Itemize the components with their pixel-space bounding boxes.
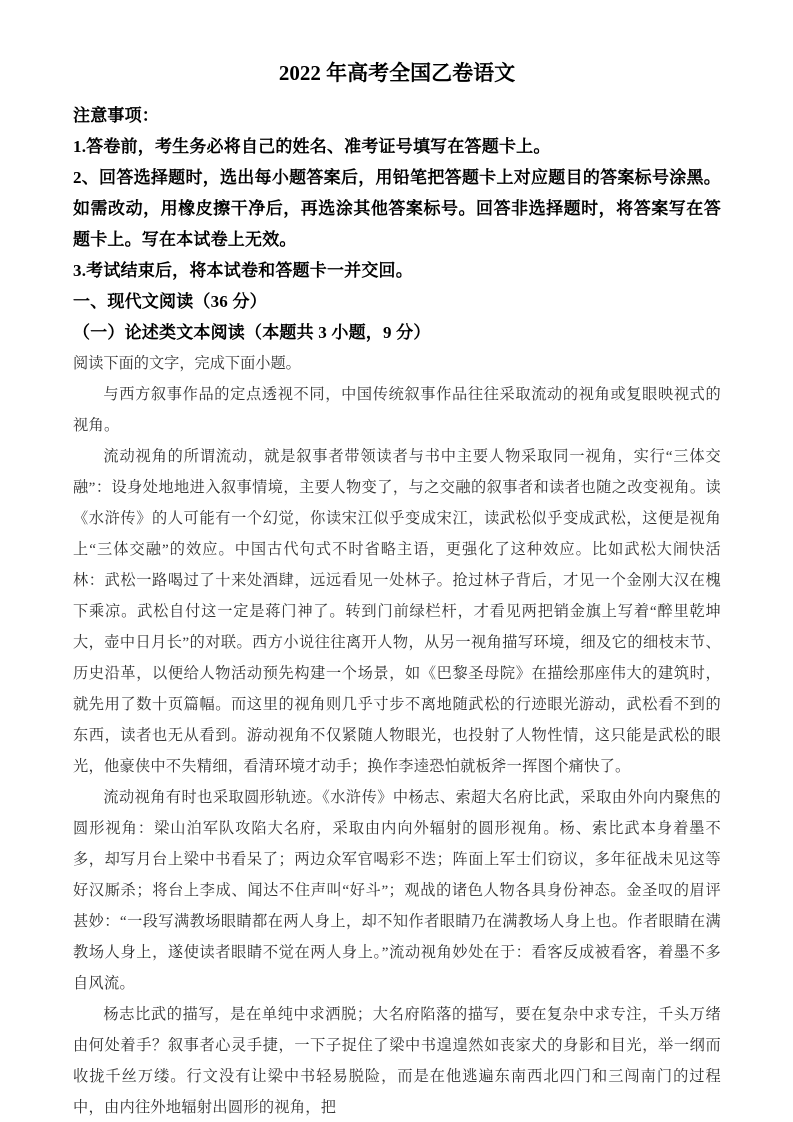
passage-paragraph: 流动视角的所谓流动，就是叙事者带领读者与书中主要人物采取同一视角，实行“三体交融… <box>73 441 721 782</box>
passage-instruction: 阅读下面的文字，完成下面小题。 <box>73 348 721 379</box>
passage-paragraph: 与西方叙事作品的定点透视不同，中国传统叙事作品往往采取流动的视角或复眼映视式的视… <box>73 379 721 441</box>
passage: 与西方叙事作品的定点透视不同，中国传统叙事作品往往采取流动的视角或复眼映视式的视… <box>73 379 721 1122</box>
page-title: 2022 年高考全国乙卷语文 <box>73 58 721 89</box>
notice-item: 1.答卷前，考生务必将自己的姓名、准考证号填写在答题卡上。 <box>73 131 721 162</box>
subsection-heading: （一）论述类文本阅读（本题共 3 小题，9 分） <box>73 317 721 348</box>
passage-paragraph: 杨志比武的描写，是在单纯中求洒脱；大名府陷落的描写，要在复杂中求专注，千头万绪由… <box>73 999 721 1122</box>
notice-item: 2、回答选择题时，选出每小题答案后，用铅笔把答题卡上对应题目的答案标号涂黑。如需… <box>73 162 721 255</box>
passage-paragraph: 流动视角有时也采取圆形轨迹。《水浒传》中杨志、索超大名府比武，采取由外向内聚焦的… <box>73 782 721 999</box>
notice-list: 1.答卷前，考生务必将自己的姓名、准考证号填写在答题卡上。2、回答选择题时，选出… <box>73 131 721 286</box>
notice-item: 3.考试结束后，将本试卷和答题卡一并交回。 <box>73 255 721 286</box>
section-heading: 一、现代文阅读（36 分） <box>73 286 721 317</box>
notice-header: 注意事项： <box>73 100 721 131</box>
exam-paper-page: 2022 年高考全国乙卷语文 注意事项： 1.答卷前，考生务必将自己的姓名、准考… <box>0 0 793 1122</box>
